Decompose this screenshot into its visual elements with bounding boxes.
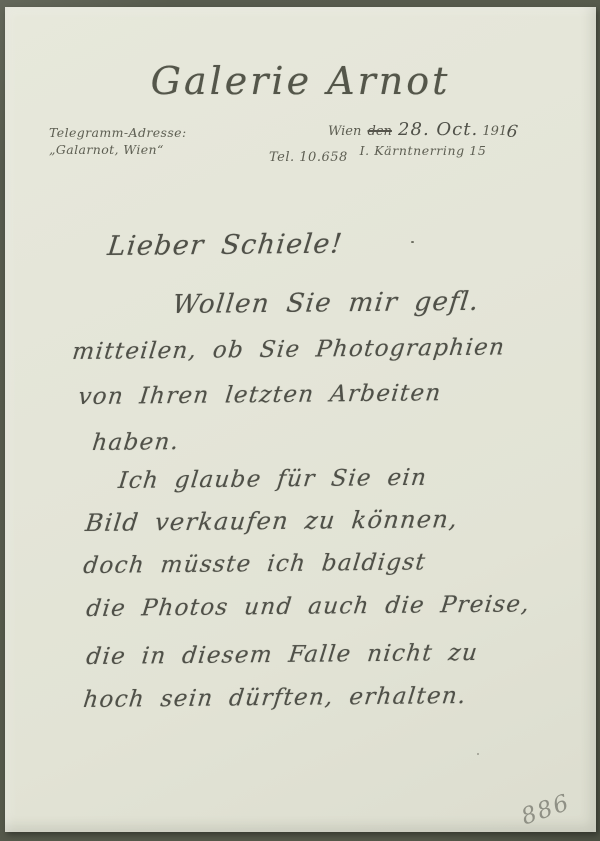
date-printed-year-prefix: 191 <box>482 124 507 139</box>
date-struck-word: den <box>368 124 392 139</box>
ink-speck <box>477 753 479 755</box>
body-line: Ich glaube für Sie ein <box>117 465 429 494</box>
telegram-address-label: Telegramm-Adresse: <box>49 124 187 141</box>
ink-speck <box>411 241 414 243</box>
gallery-name-heading: Galerie Arnot <box>5 59 596 103</box>
telegram-address-value: „Galarnot, Wien“ <box>49 141 187 158</box>
body-line: mitteilen, ob Sie Photographien <box>71 334 507 365</box>
body-line: hoch sein dürften, erhalten. <box>82 683 468 713</box>
letter-scan: Galerie Arnot Telegramm-Adresse: „Galarn… <box>0 0 600 841</box>
archive-number: 886 <box>518 790 574 831</box>
body-line: die in diesem Falle nicht zu <box>85 640 480 670</box>
body-line: von Ihren letzten Arbeiten <box>77 380 443 410</box>
date-line: Wien den 28. Oct. 1916 <box>323 119 523 140</box>
body-line: haben. <box>91 429 181 456</box>
date-handwritten-year-digit: 6 <box>506 121 520 142</box>
body-line: doch müsste ich baldigst <box>82 549 428 579</box>
date-address-block: Wien den 28. Oct. 1916 I. Kärntnerring 1… <box>323 119 523 158</box>
telegram-address-block: Telegramm-Adresse: „Galarnot, Wien“ <box>49 124 187 158</box>
street-address: I. Kärntnerring 15 <box>323 143 523 158</box>
body-line: Bild verkaufen zu können, <box>84 505 460 537</box>
salutation-line: Lieber Schiele! <box>106 229 345 262</box>
body-line: die Photos und auch die Preise, <box>85 591 531 622</box>
letter-paper: Galerie Arnot Telegramm-Adresse: „Galarn… <box>5 7 596 832</box>
body-line: Wollen Sie mir gefl. <box>171 287 481 320</box>
date-handwritten-day: 28. Oct. <box>398 119 478 140</box>
date-city: Wien <box>328 124 361 139</box>
